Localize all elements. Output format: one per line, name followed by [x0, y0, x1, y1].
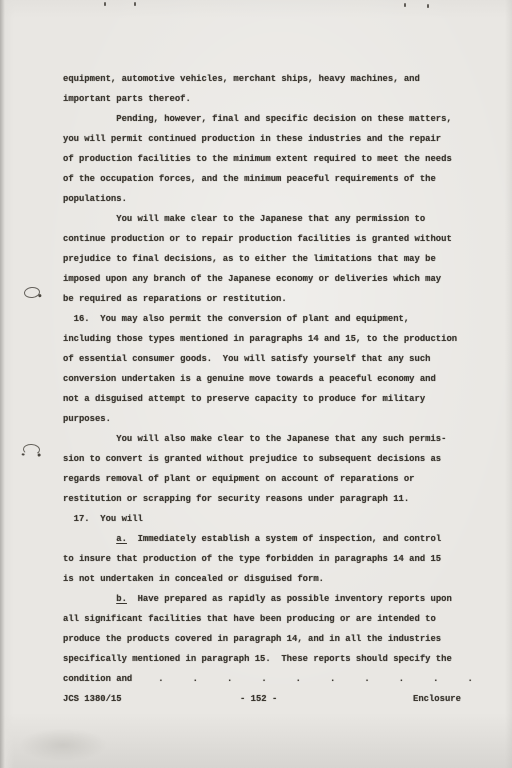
- binder-ring-mark: [23, 443, 41, 455]
- text-line: to insure that production of the type fo…: [63, 549, 483, 569]
- text-line: is not undertaken in concealed or disgui…: [63, 569, 483, 589]
- text-line: of production facilities to the minimum …: [63, 149, 483, 169]
- text-line-subparagraph-b: b. Have prepared as rapidly as possible …: [63, 589, 483, 609]
- text-line-paragraph-16: 16. You may also permit the conversion o…: [63, 309, 483, 329]
- text-line: You will also make clear to the Japanese…: [63, 429, 483, 449]
- scanned-document-page: { "page": { "paper_color": "#e9e7e3", "i…: [0, 0, 512, 768]
- text-line: equipment, automotive vehicles, merchant…: [63, 69, 483, 89]
- text-line: of the occupation forces, and the minimu…: [63, 169, 483, 189]
- leader-dots: . . . . . . . . . .: [158, 674, 473, 684]
- text-line: produce the products covered in paragrap…: [63, 629, 483, 649]
- text-line: restitution or scrapping for security re…: [63, 489, 483, 509]
- text-line: purposes.: [63, 409, 483, 429]
- indent-spaces: [63, 594, 116, 604]
- scan-speck: [427, 4, 429, 8]
- leaders-text: condition and: [63, 674, 132, 684]
- binder-ring-mark: [23, 286, 40, 299]
- document-body: equipment, automotive vehicles, merchant…: [63, 69, 483, 709]
- text-line: of essential consumer goods. You will sa…: [63, 349, 483, 369]
- text-line: sion to convert is granted without preju…: [63, 449, 483, 469]
- page-number: - 152 -: [240, 689, 277, 709]
- scan-speck: [134, 2, 136, 6]
- text-line: all significant facilities that have bee…: [63, 609, 483, 629]
- text-line: be required as reparations or restitutio…: [63, 289, 483, 309]
- text-line-subparagraph-a: a. Immediately establish a system of ins…: [63, 529, 483, 549]
- text-line: important parts thereof.: [63, 89, 483, 109]
- page-footer: JCS 1380/15 - 152 - Enclosure: [63, 689, 483, 709]
- text-line: you will permit continued production in …: [63, 129, 483, 149]
- text-line: specifically mentioned in paragraph 15. …: [63, 649, 483, 669]
- text-line: You will make clear to the Japanese that…: [63, 209, 483, 229]
- text-line: conversion undertaken is a genuine move …: [63, 369, 483, 389]
- enclosure-label: Enclosure: [413, 689, 461, 709]
- text-line: including those types mentioned in parag…: [63, 329, 483, 349]
- text-line-leaders: condition and. . . . . . . . . .: [63, 669, 483, 689]
- text-line-paragraph-17: 17. You will: [63, 509, 483, 529]
- scan-speck: [404, 3, 406, 7]
- text-line: Pending, however, final and specific dec…: [63, 109, 483, 129]
- text-line: populations.: [63, 189, 483, 209]
- text-line: not a disguised attempt to preserve capa…: [63, 389, 483, 409]
- text-line: prejudice to final decisions, as to eith…: [63, 249, 483, 269]
- text-line: regards removal of plant or equipment on…: [63, 469, 483, 489]
- scan-speck: [104, 2, 106, 6]
- text-line: imposed upon any branch of the Japanese …: [63, 269, 483, 289]
- document-number: JCS 1380/15: [63, 689, 122, 709]
- subparagraph-a-text: Immediately establish a system of inspec…: [127, 534, 441, 544]
- text-line: continue production or to repair product…: [63, 229, 483, 249]
- subparagraph-b-text: Have prepared as rapidly as possible inv…: [127, 594, 452, 604]
- subparagraph-b-label: b.: [116, 594, 127, 604]
- indent-spaces: [63, 534, 116, 544]
- subparagraph-a-label: a.: [116, 534, 127, 544]
